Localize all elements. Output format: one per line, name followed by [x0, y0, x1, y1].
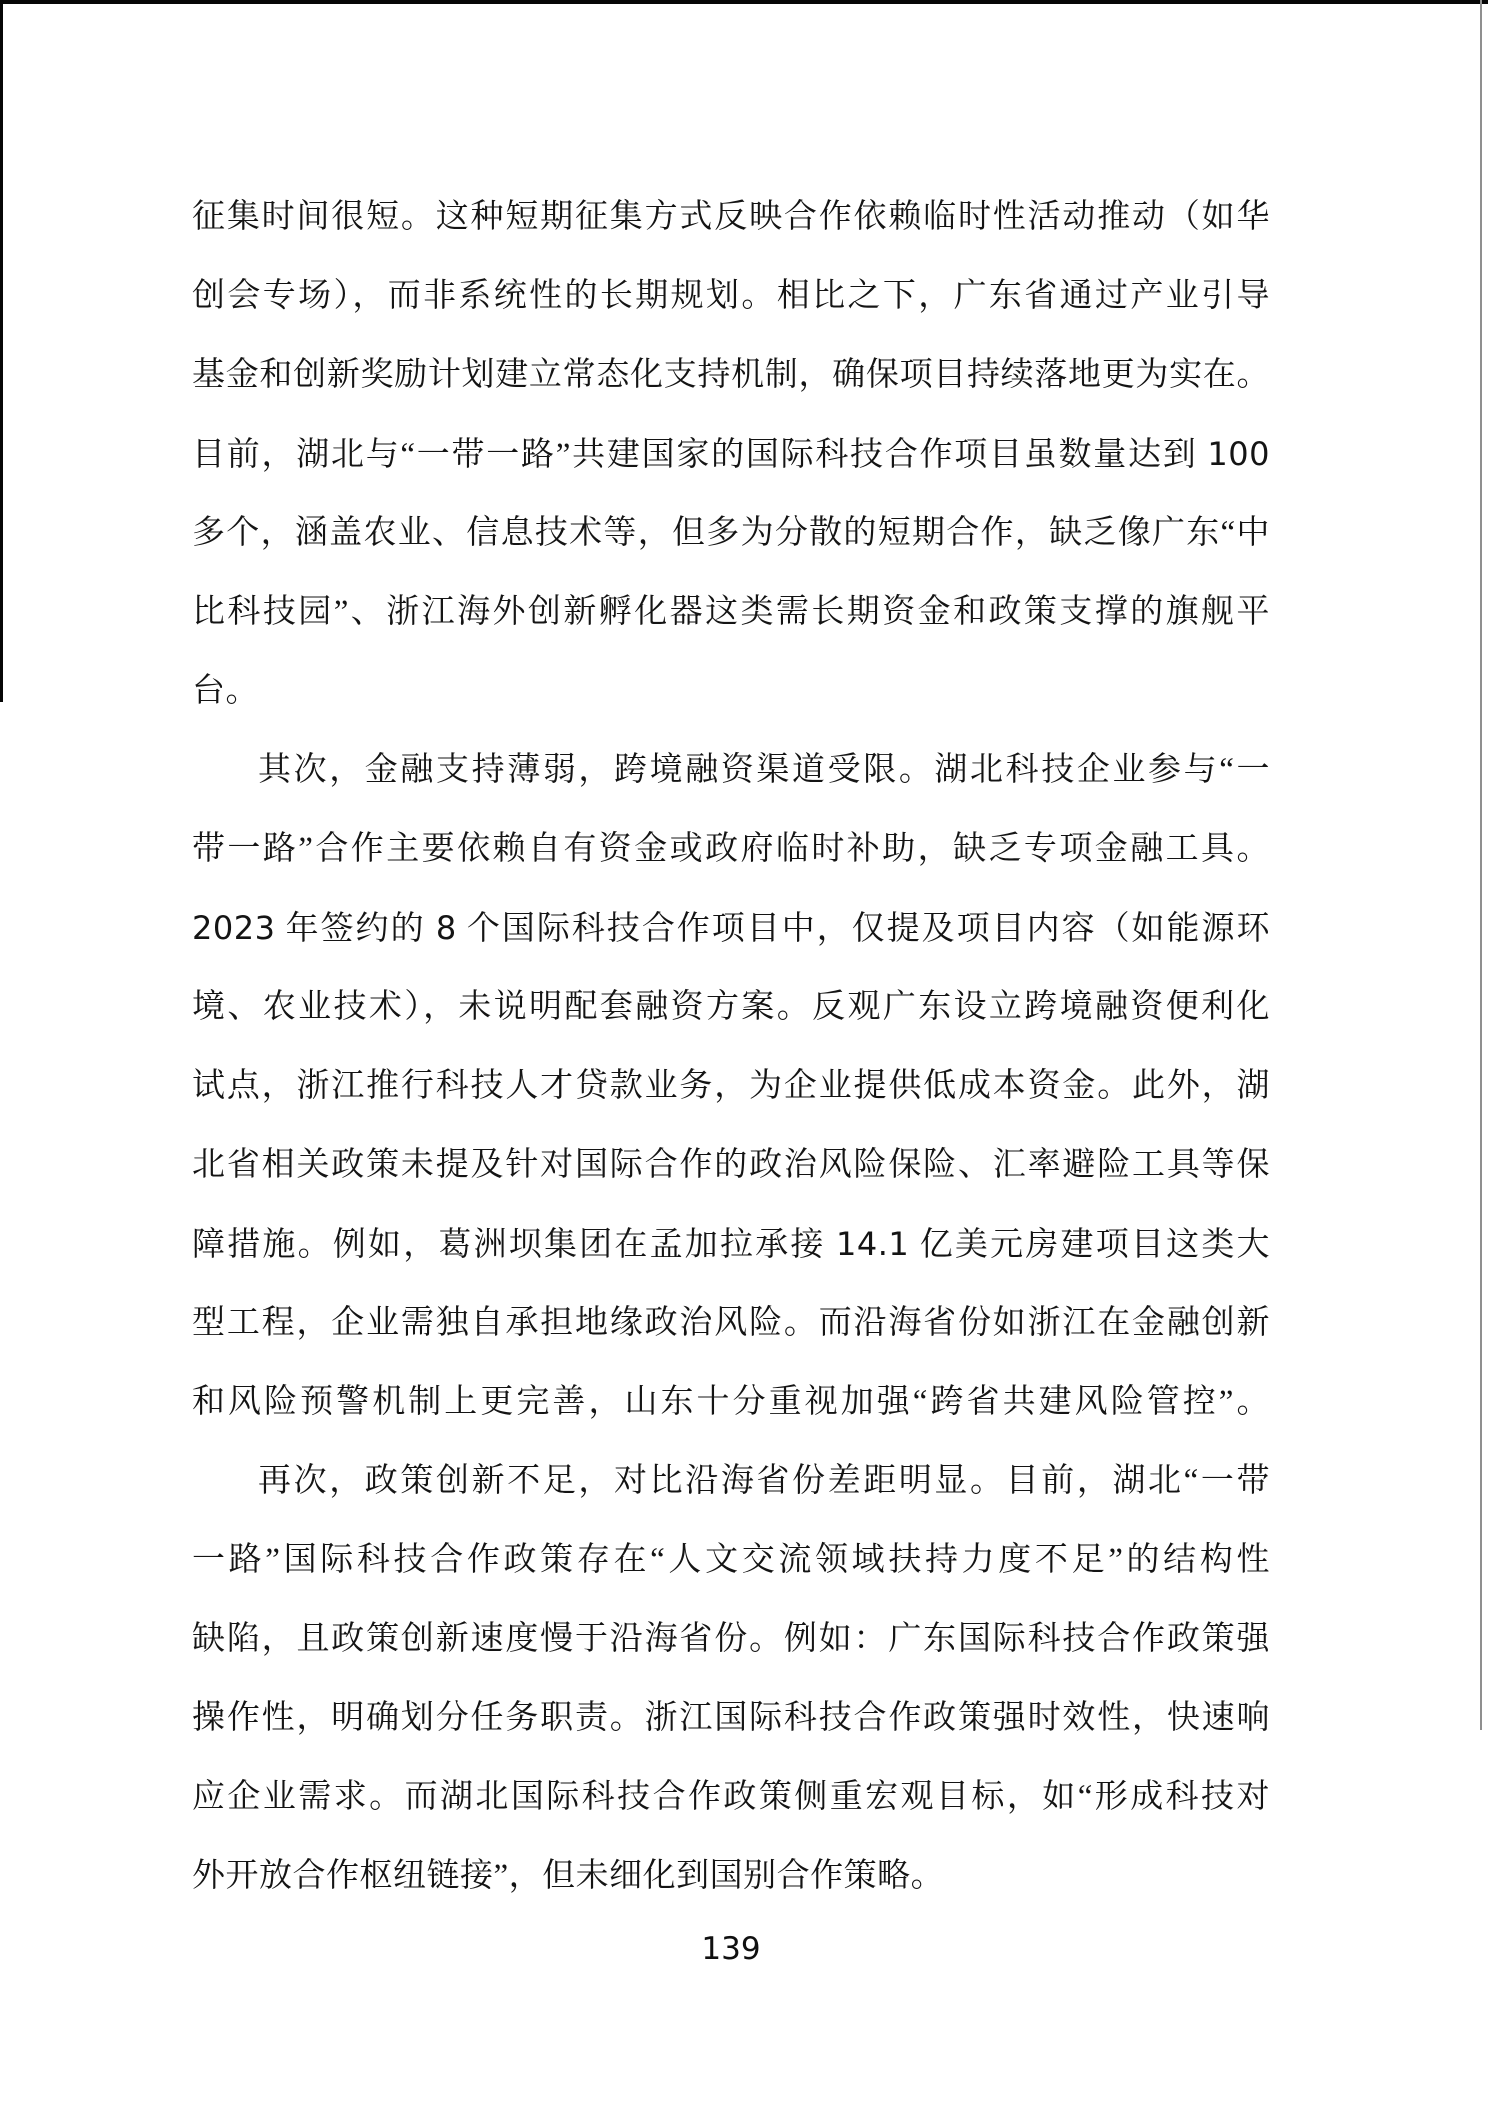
body-line: 应企业需求。而湖北国际科技合作政策侧重宏观目标，如“形成科技对	[192, 1758, 1270, 1837]
body-line: 操作性，明确划分任务职责。浙江国际科技合作政策强时效性，快速响	[192, 1679, 1270, 1758]
body-line: 征集时间很短。这种短期征集方式反映合作依赖临时性活动推动（如华	[192, 178, 1270, 257]
body-line: 台。	[192, 652, 1270, 731]
body-line: 和风险预警机制上更完善，山东十分重视加强“跨省共建风险管控”。	[192, 1363, 1270, 1442]
scan-edge-right	[1480, 0, 1482, 1730]
document-page: 征集时间很短。这种短期征集方式反映合作依赖临时性活动推动（如华 创会专场），而非…	[0, 0, 1488, 2104]
body-line: 2023 年签约的 8 个国际科技合作项目中，仅提及项目内容（如能源环	[192, 889, 1270, 968]
body-line: 障措施。例如，葛洲坝集团在孟加拉承接 14.1 亿美元房建项目这类大	[192, 1205, 1270, 1284]
body-line: 再次，政策创新不足，对比沿海省份差距明显。目前，湖北“一带	[192, 1442, 1270, 1521]
body-line: 型工程，企业需独自承担地缘政治风险。而沿海省份如浙江在金融创新	[192, 1284, 1270, 1363]
scan-edge-left	[0, 0, 3, 702]
body-line: 其次，金融支持薄弱，跨境融资渠道受限。湖北科技企业参与“一	[192, 731, 1270, 810]
body-line: 基金和创新奖励计划建立常态化支持机制，确保项目持续落地更为实在。	[192, 336, 1270, 415]
body-line: 比科技园”、浙江海外创新孵化器这类需长期资金和政策支撑的旗舰平	[192, 573, 1270, 652]
page-number: 139	[192, 1926, 1270, 1971]
scan-edge-top	[0, 0, 1488, 4]
body-line: 目前，湖北与“一带一路”共建国家的国际科技合作项目虽数量达到 100	[192, 415, 1270, 494]
paragraph-policy-innovation: 再次，政策创新不足，对比沿海省份差距明显。目前，湖北“一带 一路”国际科技合作政…	[192, 1442, 1270, 1916]
body-line: 试点，浙江推行科技人才贷款业务，为企业提供低成本资金。此外，湖	[192, 1047, 1270, 1126]
body-line: 带一路”合作主要依赖自有资金或政府临时补助，缺乏专项金融工具。	[192, 810, 1270, 889]
paragraph-platform-gap: 征集时间很短。这种短期征集方式反映合作依赖临时性活动推动（如华 创会专场），而非…	[192, 178, 1270, 731]
body-line: 北省相关政策未提及针对国际合作的政治风险保险、汇率避险工具等保	[192, 1126, 1270, 1205]
body-line: 多个，涵盖农业、信息技术等，但多为分散的短期合作，缺乏像广东“中	[192, 494, 1270, 573]
page-body: 征集时间很短。这种短期征集方式反映合作依赖临时性活动推动（如华 创会专场），而非…	[192, 178, 1270, 1916]
body-line: 境、农业技术），未说明配套融资方案。反观广东设立跨境融资便利化	[192, 968, 1270, 1047]
body-line: 缺陷，且政策创新速度慢于沿海省份。例如：广东国际科技合作政策强	[192, 1600, 1270, 1679]
paragraph-financial-support: 其次，金融支持薄弱，跨境融资渠道受限。湖北科技企业参与“一 带一路”合作主要依赖…	[192, 731, 1270, 1442]
body-line: 一路”国际科技合作政策存在“人文交流领域扶持力度不足”的结构性	[192, 1521, 1270, 1600]
body-line: 创会专场），而非系统性的长期规划。相比之下，广东省通过产业引导	[192, 257, 1270, 336]
body-line: 外开放合作枢纽链接”，但未细化到国别合作策略。	[192, 1837, 1270, 1916]
